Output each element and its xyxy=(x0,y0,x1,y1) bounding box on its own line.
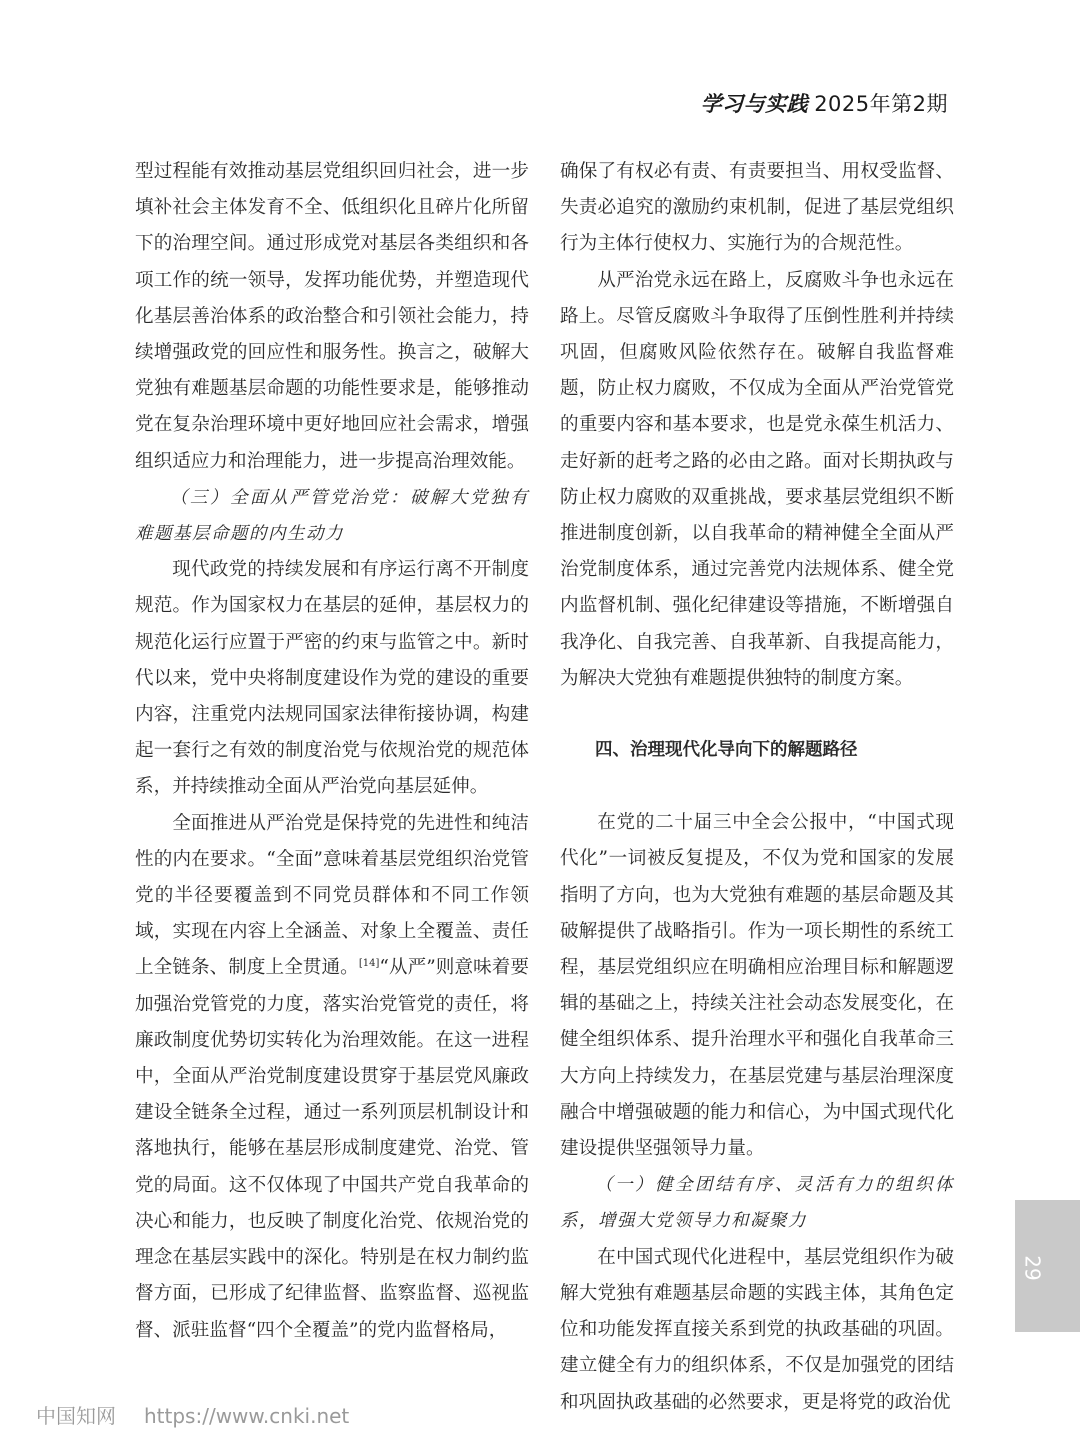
watermark: 中国知网https://www.cnki.net xyxy=(36,1400,349,1429)
paragraph: 从严治党永远在路上，反腐败斗争也永远在路上。尽管反腐败斗争取得了压倒性胜利并持续… xyxy=(560,263,954,697)
section-heading-4: 四、治理现代化导向下的解题路径 xyxy=(560,732,954,768)
paragraph: 型过程能有效推动基层党组织回归社会，进一步填补社会主体发育不全、低组织化且碎片化… xyxy=(135,154,529,480)
subsection-heading-1: （一）健全团结有序、灵活有力的组织体系，增强大党领导力和凝聚力 xyxy=(560,1167,954,1239)
page-number: 29 xyxy=(1021,1255,1045,1280)
paragraph: 在党的二十届三中全会公报中，“中国式现代化”一词被反复提及，不仅为党和国家的发展… xyxy=(560,805,954,1167)
paragraph: 在中国式现代化进程中，基层党组织作为破解大党独有难题基层命题的实践主体，其角色定… xyxy=(560,1240,954,1421)
running-header: 学习与实践2025年第2期 xyxy=(701,88,948,118)
watermark-brand: 中国知网 xyxy=(36,1404,116,1428)
journal-name: 学习与实践 xyxy=(701,92,809,116)
citation-ref[interactable]: [14] xyxy=(359,958,380,969)
subsection-heading-3: （三）全面从严管党治党：破解大党独有难题基层命题的内生动力 xyxy=(135,480,529,552)
paragraph: 确保了有权必有责、有责要担当、用权受监督、失责必追究的激励约束机制，促进了基层党… xyxy=(560,154,954,263)
watermark-url: https://www.cnki.net xyxy=(144,1404,349,1428)
left-column: 型过程能有效推动基层党组织回归社会，进一步填补社会主体发育不全、低组织化且碎片化… xyxy=(135,154,529,1349)
issue-label: 2025年第2期 xyxy=(814,92,948,116)
paragraph: 现代政党的持续发展和有序运行离不开制度规范。作为国家权力在基层的延伸，基层权力的… xyxy=(135,552,529,805)
paragraph-text: 全面推进从严治党是保持党的先进性和纯洁性的内在要求。“全面”意味着基层党组织治党… xyxy=(135,813,529,979)
right-column: 确保了有权必有责、有责要担当、用权受监督、失责必追究的激励约束机制，促进了基层党… xyxy=(560,154,954,1421)
paragraph: 全面推进从严治党是保持党的先进性和纯洁性的内在要求。“全面”意味着基层党组织治党… xyxy=(135,806,529,1349)
paragraph-text: “从严”则意味着要加强治党管党的力度，落实治党管党的责任，将廉政制度优势切实转化… xyxy=(135,957,529,1340)
